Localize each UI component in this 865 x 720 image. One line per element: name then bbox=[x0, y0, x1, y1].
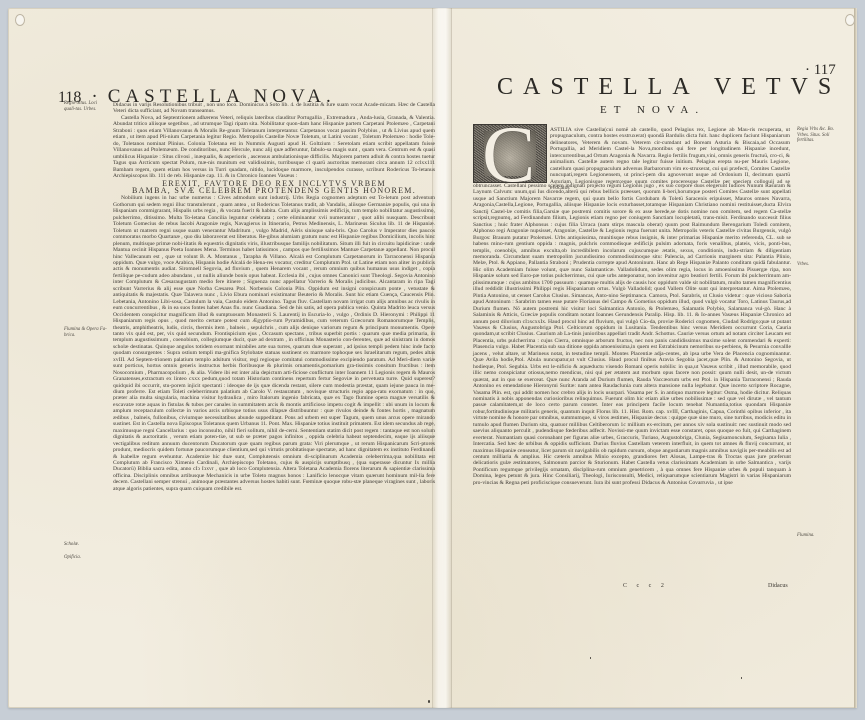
left-text-column: Didacus in varijs Resolutionibus tribuit… bbox=[113, 102, 435, 492]
margin-note-right-middle: Vrbes. bbox=[797, 262, 837, 268]
paragraph: ASTILIA sive Castella(cui nomē ab castel… bbox=[550, 127, 790, 192]
paragraph: Castella Nova, ad Septentrionem adhærens… bbox=[113, 115, 435, 180]
right-page-title: CASTELLA VETVS bbox=[497, 74, 841, 101]
paragraph: Didacus in varijs Resolutionibus tribuit… bbox=[113, 102, 435, 115]
margin-note-left-lower: Scholæ. bbox=[64, 542, 108, 548]
paper-blemish bbox=[428, 700, 430, 703]
binding-hole-right bbox=[845, 14, 855, 26]
right-opening-text: ASTILIA sive Castella(cui nomē ab castel… bbox=[550, 127, 790, 192]
margin-note-left-top: Regio-Situs. Loci quali-tas. Urbes. bbox=[64, 101, 108, 112]
margin-note-right-top: Regia Vrbs &c. Bo. Vrbes. Situs. Soli fe… bbox=[797, 127, 837, 144]
margin-note-left-middle: Flumina & Opera Fa-brica. bbox=[64, 327, 108, 338]
right-text-column: obtruncasset. Castellani pessimo scelere… bbox=[473, 183, 791, 486]
page-edge-shadow bbox=[854, 8, 857, 708]
binding-hole-left bbox=[15, 14, 25, 26]
decorated-initial: C bbox=[473, 124, 547, 183]
center-fold bbox=[432, 8, 452, 708]
paper-blemish bbox=[741, 677, 742, 679]
paragraph: obtruncasset. Castellani pessimo scelere… bbox=[473, 183, 791, 486]
catchword: Didacus bbox=[768, 583, 788, 589]
right-page-subtitle: ET NOVA. bbox=[600, 104, 705, 116]
inscription-line-2: BAMBA, SVÆ CELEBREM PROTENDENS GENTIS HO… bbox=[113, 186, 435, 195]
margin-note-right-lower: Flumina. bbox=[797, 533, 837, 539]
paper-blemish bbox=[590, 657, 591, 659]
paragraph: Nobilium ingens in hac urbe numerus : Ci… bbox=[113, 195, 435, 492]
margin-note-left-lowest: Opificia. bbox=[64, 555, 108, 561]
signature-mark: C c c 2 bbox=[623, 583, 668, 589]
